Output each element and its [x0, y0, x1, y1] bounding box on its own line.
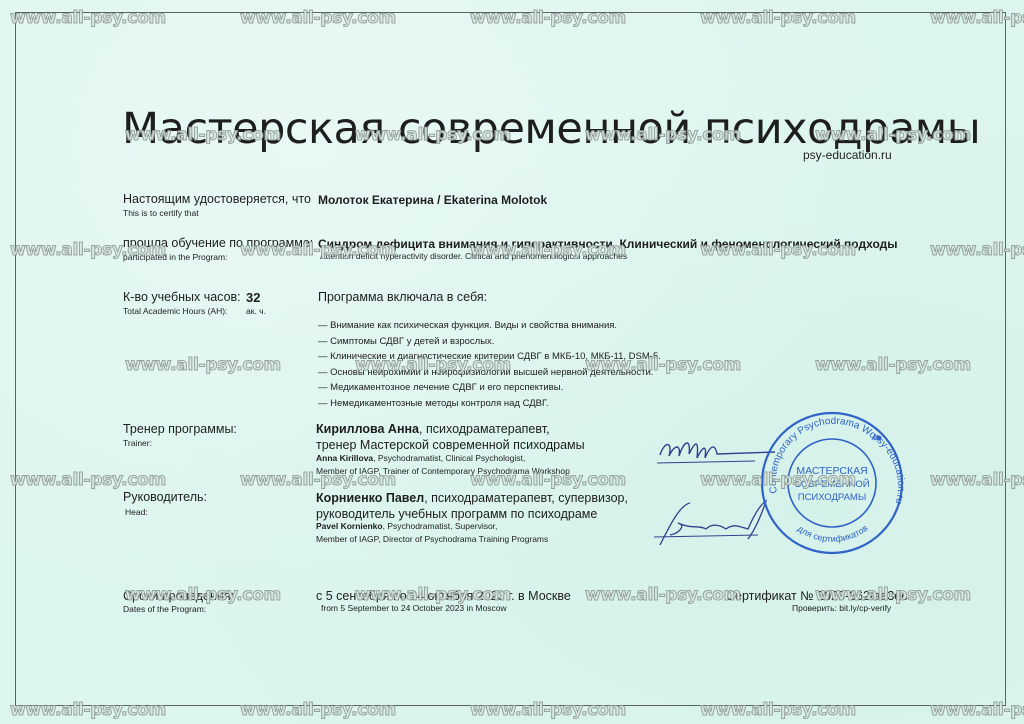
- dates-label-ru: Сроки проведения:: [123, 589, 234, 603]
- contents-item: — Клинические и диагностические критерии…: [318, 349, 661, 365]
- trainer-label-en: Trainer:: [123, 438, 152, 448]
- head-label-en: Head:: [125, 507, 148, 517]
- verify-link[interactable]: Проверить: bit.ly/cp-verify: [792, 602, 891, 615]
- head-label-ru: Руководитель:: [123, 490, 207, 504]
- trainer-role-en-2: Member of IAGP, Trainer of Contemporary …: [316, 465, 570, 478]
- trainer-role-en-1: , Psychodramatist, Clinical Psychologist…: [373, 453, 525, 463]
- svg-text:psy-education.ru: psy-education.ru: [870, 431, 906, 505]
- contents-list: — Внимание как психическая функция. Виды…: [318, 318, 661, 411]
- trainer-line-en-1: Anna Kirillova, Psychodramatist, Clinica…: [316, 452, 525, 465]
- hours-unit: ак. ч.: [246, 306, 266, 316]
- head-role-ru-2: руководитель учебных программ по психодр…: [316, 507, 597, 521]
- stamp-outer-right: psy-education.ru: [870, 431, 906, 505]
- stamp-bottom-text: для сертификатов: [796, 523, 870, 544]
- hours-label-en: Total Academic Hours (AH):: [123, 306, 227, 316]
- contents-item: — Немедикаментозные методы контроля над …: [318, 396, 661, 412]
- certify-label-en: This is to certify that: [123, 208, 199, 218]
- trainer-name-ru: Кириллова Анна: [316, 422, 419, 436]
- contents-item: — Медикаментозное лечение СДВГ и его пер…: [318, 380, 661, 396]
- trainer-role-ru-2: тренер Мастерской современной психодрамы: [316, 438, 585, 452]
- contents-item: — Внимание как психическая функция. Виды…: [318, 318, 661, 334]
- website-label: psy-education.ru: [803, 148, 892, 162]
- contents-item: — Симптомы СДВГ у детей и взрослых.: [318, 334, 661, 350]
- program-label-en: participated in the Program:: [123, 252, 227, 262]
- trainer-label-ru: Тренер программы:: [123, 422, 237, 436]
- dates-value-en: from 5 September to 24 October 2023 in M…: [321, 602, 507, 615]
- program-label-ru: прошла обучение по программе:: [123, 236, 313, 250]
- recipient-name: Молоток Екатерина / Ekaterina Molotok: [318, 193, 547, 207]
- head-role-ru-1: , психодраматерапевт, супервизор,: [424, 491, 628, 505]
- head-line-en-1: Pavel Kornienko, Psychodramatist, Superv…: [316, 520, 497, 533]
- dates-value-ru: с 5 сентября по 24 октября 2023 г. в Мос…: [316, 589, 571, 603]
- contents-item: — Основы нейрохимии и нейрофизиологии вы…: [318, 365, 661, 381]
- hours-value: 32: [246, 290, 260, 305]
- head-name-ru: Корниенко Павел: [316, 491, 424, 505]
- certificate-title: Мастерская современной психодрамы: [122, 104, 980, 154]
- certify-label-ru: Настоящим удостоверяется, что: [123, 192, 311, 206]
- trainer-role-ru-1: , психодраматерапевт,: [419, 422, 550, 436]
- program-title-ru: Синдром дефицита внимания и гиперактивно…: [318, 237, 898, 251]
- contents-heading: Программа включала в себя:: [318, 290, 487, 304]
- stamp-center-3: ПСИХОДРАМЫ: [798, 492, 867, 503]
- certificate-number: Сертификат № 2023-362/ae3ec: [726, 589, 908, 603]
- organization-stamp-icon: Contemporary Psychodrama Workshop psy-ed…: [757, 408, 907, 558]
- head-role-en-1: , Psychodramatist, Supervisor,: [383, 521, 498, 531]
- hours-label-ru: К-во учебных часов:: [123, 290, 241, 304]
- dates-label-en: Dates of the Program:: [123, 604, 206, 614]
- head-line-1: Корниенко Павел, психодраматерапевт, суп…: [316, 491, 628, 505]
- program-title-en: Attention deficit hyperactivity disorder…: [320, 250, 627, 263]
- head-name-en: Pavel Kornienko: [316, 521, 383, 531]
- trainer-name-en: Anna Kirillova: [316, 453, 373, 463]
- head-role-en-2: Member of IAGP, Director of Psychodrama …: [316, 533, 548, 546]
- svg-text:для сертификатов: для сертификатов: [796, 523, 870, 544]
- stamp-center-2: СОВРЕМЕННОЙ: [794, 478, 869, 490]
- stamp-center-1: МАСТЕРСКАЯ: [796, 465, 867, 477]
- trainer-line-1: Кириллова Анна, психодраматерапевт,: [316, 422, 550, 436]
